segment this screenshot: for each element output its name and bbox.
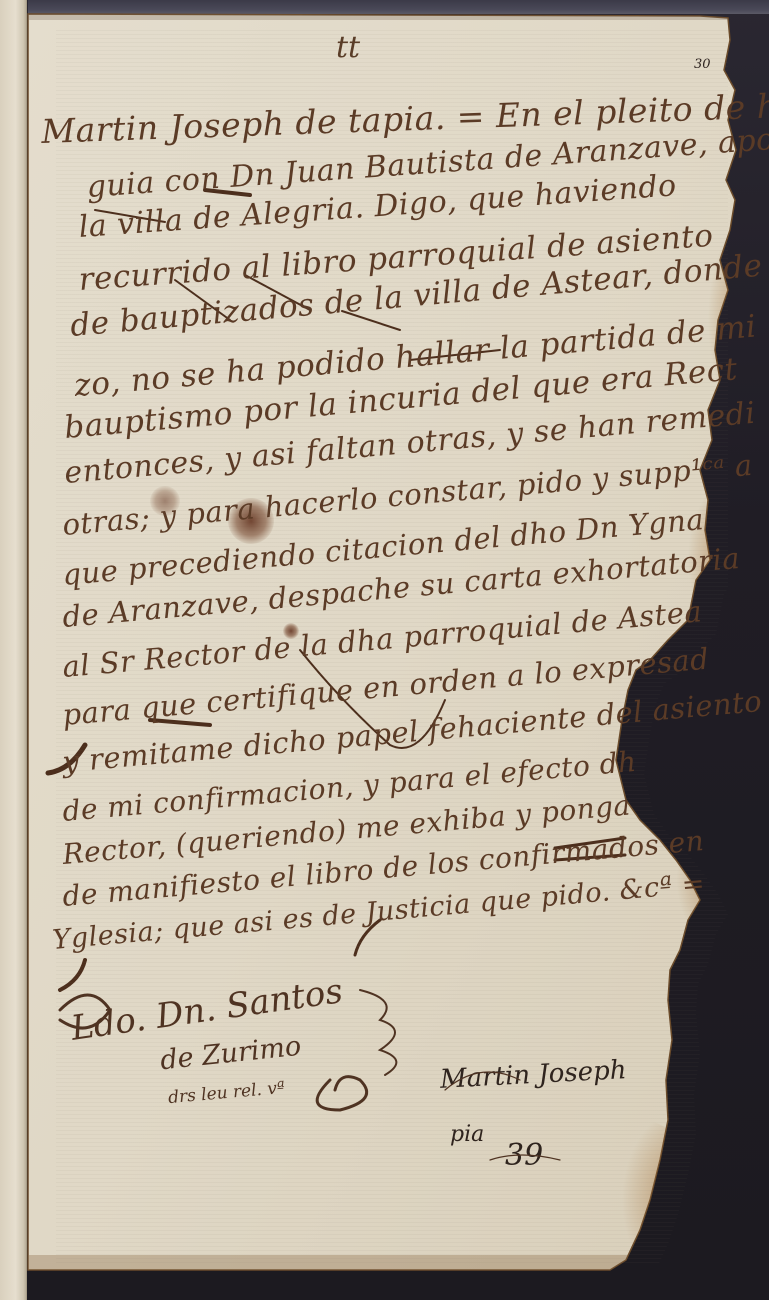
rubric-initial [60,995,110,1028]
signature-rubric [0,0,769,1300]
rubric-zigzag [360,990,396,1075]
rubric-loop [317,1077,367,1110]
